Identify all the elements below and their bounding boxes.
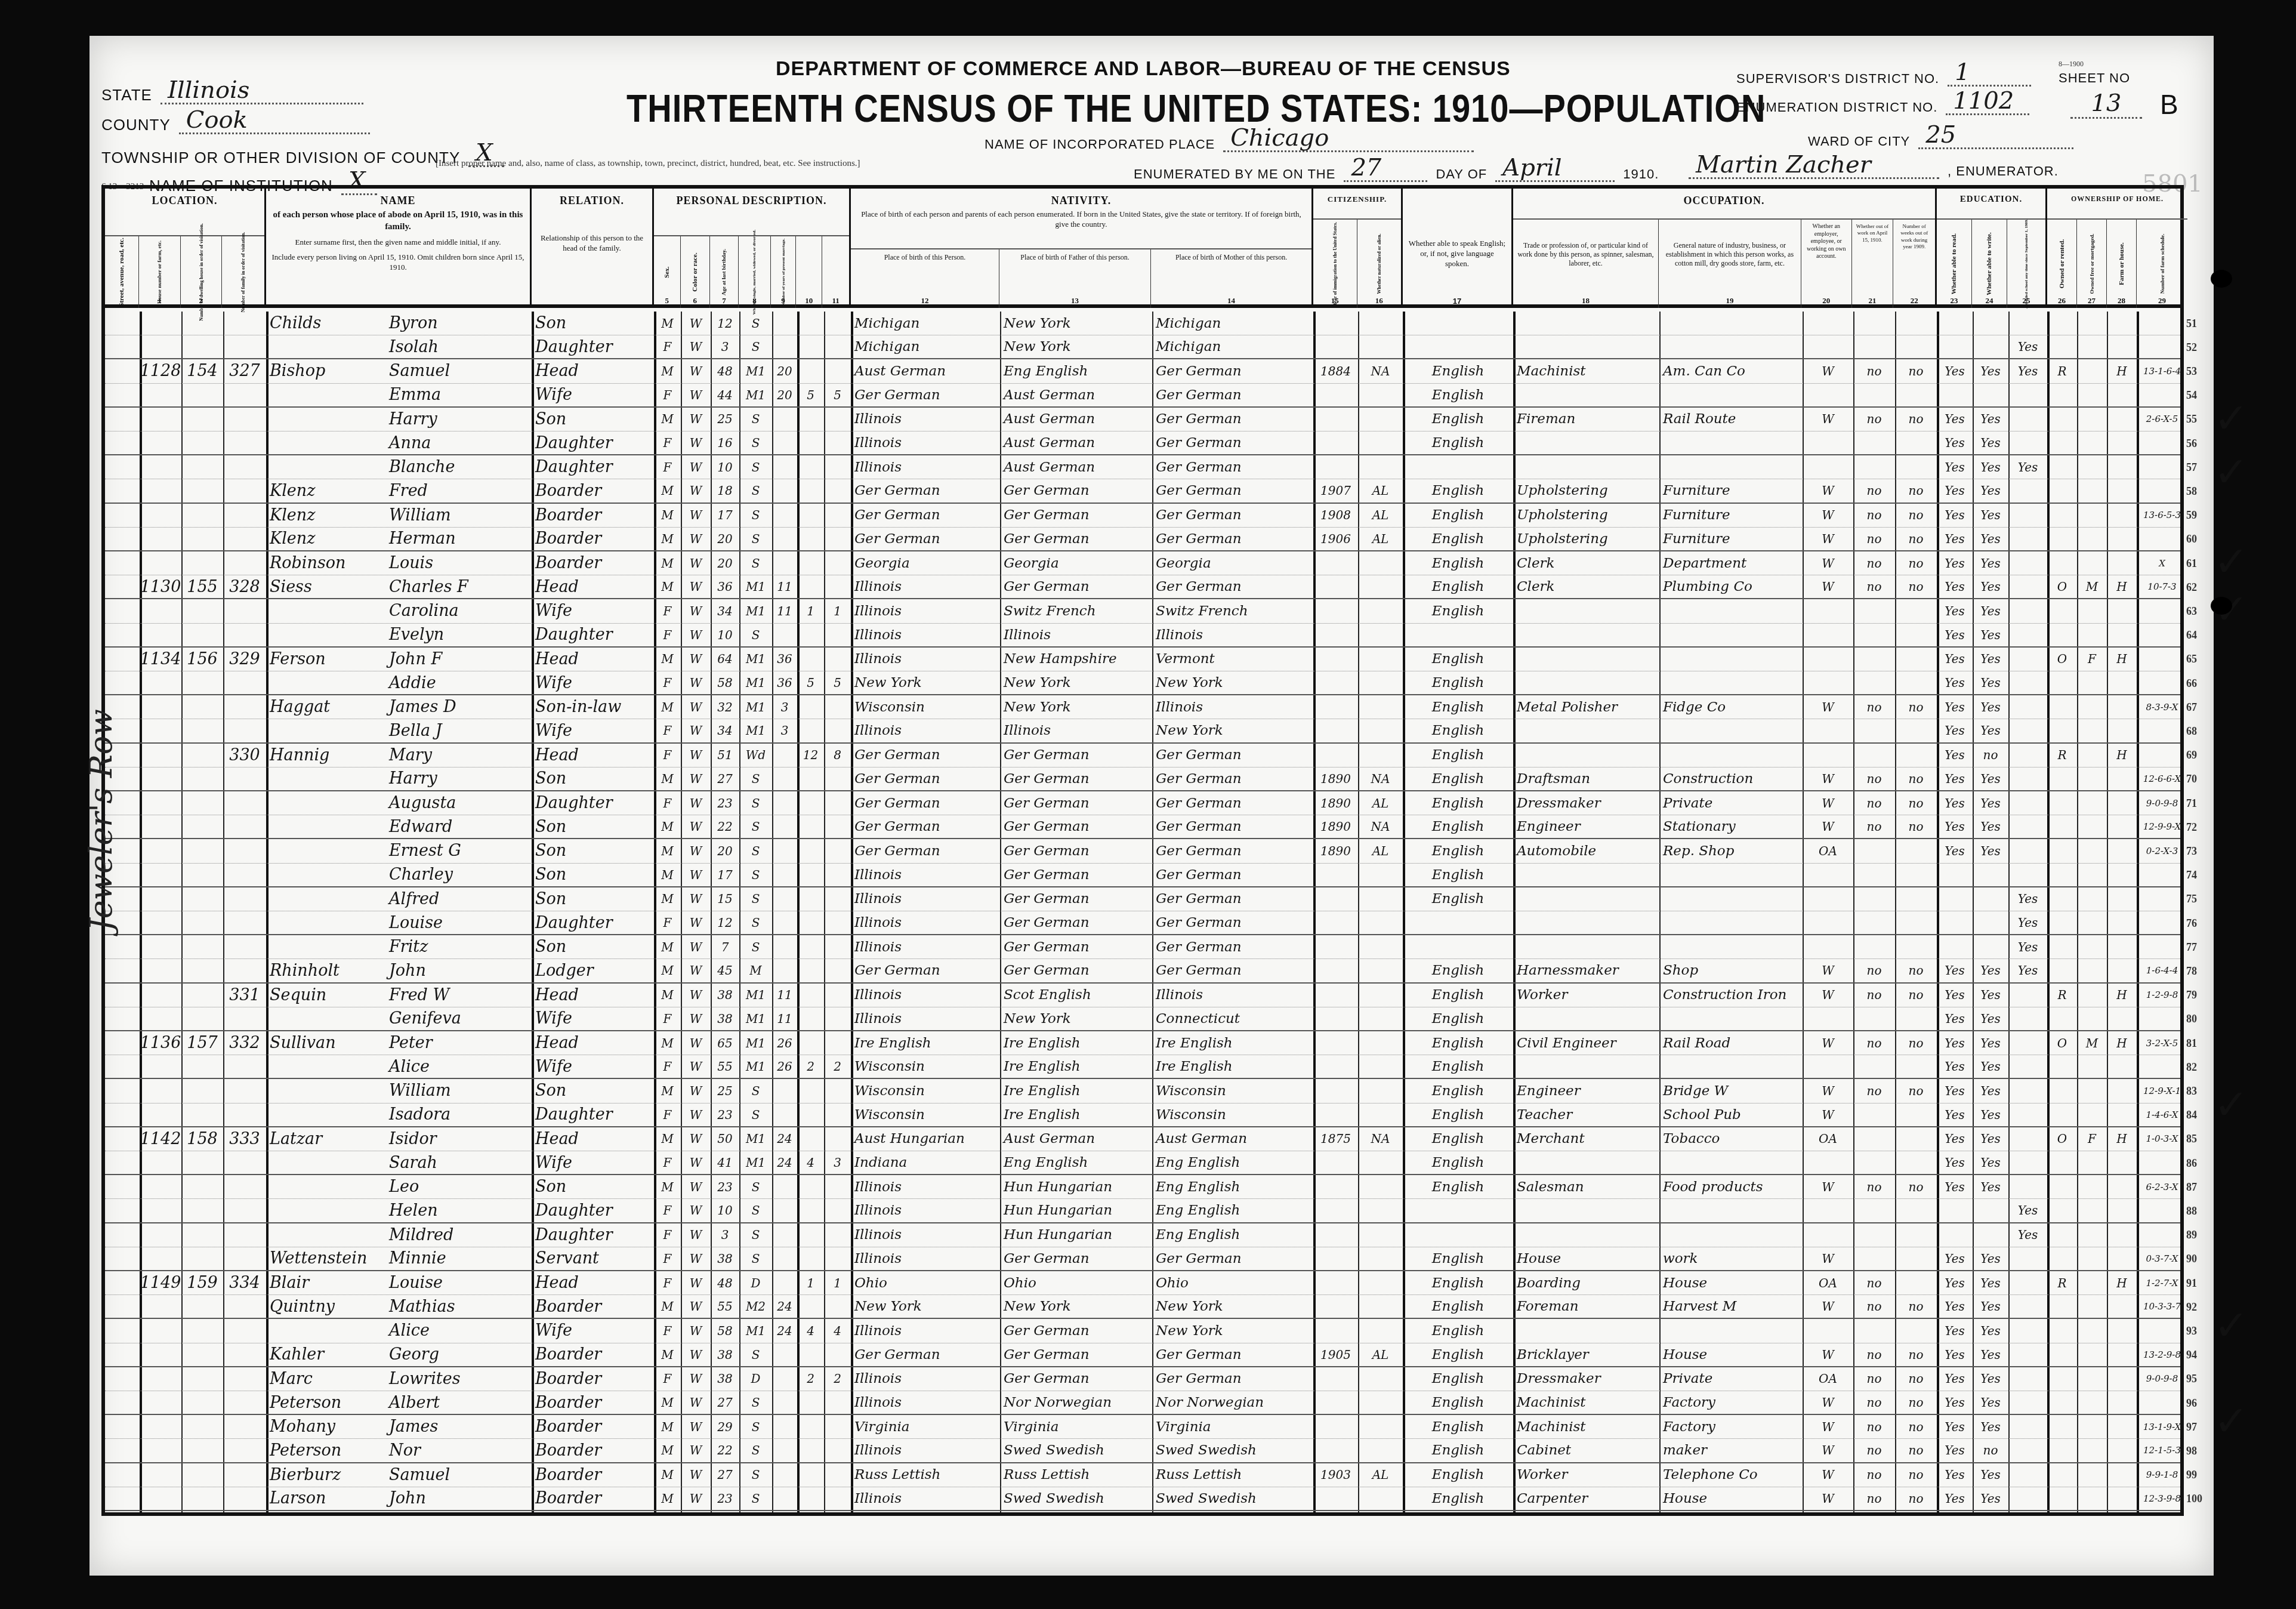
cell-relation: Wife <box>532 384 654 406</box>
cell-emp <box>1803 719 1853 742</box>
cell-family <box>223 599 266 622</box>
cell-free <box>2077 984 2107 1007</box>
cell-school <box>2008 504 2047 527</box>
cell-family <box>223 504 266 527</box>
cell-nat <box>1358 1367 1403 1391</box>
cell-given: Leo <box>385 1175 532 1198</box>
cell-given: William <box>385 504 532 527</box>
cell-house <box>140 1367 181 1391</box>
cell-wks22 <box>1895 1247 1937 1270</box>
cell-sched <box>2137 1391 2187 1414</box>
cell-sched: 1-2-7-X <box>2137 1271 2187 1294</box>
cell-age: 44 <box>711 384 739 406</box>
cell-marital: D <box>739 1271 772 1294</box>
cell-read: Yes <box>1937 767 1973 790</box>
cell-immig <box>1313 575 1358 598</box>
cell-yrs-married: 20 <box>772 384 797 406</box>
table-row: LouiseDaughterFW12SIllinoisGer GermanGer… <box>105 911 2180 935</box>
cell-race: W <box>681 648 711 671</box>
cell-house <box>140 1415 181 1438</box>
cell-write: Yes <box>1973 1367 2008 1391</box>
cell-emp <box>1803 384 1853 406</box>
cell-write: Yes <box>1973 624 2008 646</box>
cell-write <box>1973 935 2008 958</box>
supervisor-value: 1 <box>1948 60 2031 87</box>
cell-write: Yes <box>1973 1031 2008 1055</box>
cell-out21: no <box>1853 504 1895 527</box>
cell-house <box>140 959 181 982</box>
cell-marital: S <box>739 839 772 862</box>
cell-trade <box>1513 744 1659 767</box>
check-mark-icon: ✓ <box>2214 537 2249 586</box>
cell-write: Yes <box>1973 1127 2008 1151</box>
cell-surname: Rhinholt <box>266 959 385 982</box>
cell-father-bp: Aust German <box>1000 455 1152 479</box>
cell-father-bp: Ire English <box>1000 1079 1152 1102</box>
cell-mother-bp: Swed Swedish <box>1152 1439 1313 1462</box>
cell-fh <box>2107 384 2137 406</box>
cell-trade: Civil Engineer <box>1513 1031 1659 1055</box>
table-row: 1134156329FersonJohn FHeadMW64M136Illino… <box>105 648 2180 671</box>
cell-given: Albert <box>385 1391 532 1414</box>
cell-race: W <box>681 1295 711 1318</box>
cell-given: Blanche <box>385 455 532 479</box>
cell-marital: S <box>739 1487 772 1510</box>
cell-family <box>223 695 266 719</box>
cell-surname: Peterson <box>266 1439 385 1462</box>
cell-write <box>1973 911 2008 934</box>
cell-yrs-married <box>772 1271 797 1294</box>
cell-born <box>797 504 824 527</box>
cell-english: English <box>1403 1247 1513 1270</box>
cell-relation: Head <box>532 1127 654 1151</box>
cell-born <box>797 1199 824 1222</box>
cell-given: Alice <box>385 1319 532 1342</box>
group-citizenship: CITIZENSHIP. Year of immigration to the … <box>1313 189 1403 308</box>
cell-surname <box>266 791 385 815</box>
line-number: 71 <box>2186 791 2197 815</box>
cell-sex: F <box>654 791 681 815</box>
cell-school <box>2008 1007 2047 1030</box>
cell-surname: Marc <box>266 1367 385 1391</box>
cell-dwelling <box>181 815 223 838</box>
cell-industry: Rep. Shop <box>1659 839 1803 862</box>
cell-own <box>2047 1175 2077 1198</box>
cell-birthplace: Illinois <box>851 887 1000 911</box>
cell-surname <box>266 431 385 454</box>
cell-free <box>2077 1439 2107 1462</box>
cell-industry: Tobacco <box>1659 1127 1803 1151</box>
cell-wks22 <box>1895 455 1937 479</box>
cell-marital: S <box>739 935 772 958</box>
line-number: 65 <box>2186 648 2197 671</box>
cell-house <box>140 935 181 958</box>
cell-free <box>2077 624 2107 646</box>
cell-mother-bp: Ger German <box>1152 384 1313 406</box>
cell-out21: no <box>1853 767 1895 790</box>
cell-living <box>824 359 851 383</box>
cell-wks22 <box>1895 719 1937 742</box>
col-school: Attended school any time since September… <box>2007 220 2045 308</box>
cell-trade <box>1513 719 1659 742</box>
cell-free <box>2077 479 2107 502</box>
cell-dwelling <box>181 791 223 815</box>
cell-relation: Son <box>532 864 654 886</box>
cell-out21 <box>1853 431 1895 454</box>
cell-relation: Wife <box>532 671 654 694</box>
line-number: 58 <box>2186 479 2197 503</box>
cell-fh <box>2107 1104 2137 1126</box>
cell-age: 38 <box>711 984 739 1007</box>
table-row: ChildsByronSonMW12SMichiganNew YorkMichi… <box>105 312 2180 335</box>
cell-birthplace: Ger German <box>851 959 1000 982</box>
cell-fh <box>2107 1343 2137 1366</box>
cell-yrs-married: 26 <box>772 1055 797 1078</box>
cell-house: 1128 <box>140 359 181 383</box>
cell-english: English <box>1403 864 1513 886</box>
cell-wks22: no <box>1895 359 1937 383</box>
cell-mother-bp: New York <box>1152 671 1313 694</box>
cell-sched: 12-9-9-X <box>2137 815 2187 838</box>
cell-yrs-married <box>772 1199 797 1222</box>
cell-sex: M <box>654 648 681 671</box>
cell-mother-bp: Illinois <box>1152 984 1313 1007</box>
cell-own: O <box>2047 1127 2077 1151</box>
cell-relation: Son <box>532 839 654 862</box>
cell-emp <box>1803 911 1853 934</box>
cell-house <box>140 455 181 479</box>
cell-mother-bp: Wisconsin <box>1152 1104 1313 1126</box>
cell-race: W <box>681 599 711 622</box>
cell-own <box>2047 1151 2077 1174</box>
cell-immig <box>1313 1151 1358 1174</box>
ward-field: WARD OF CITY 25 <box>1808 122 2073 149</box>
enumerated-day: 27 <box>1344 155 1427 182</box>
cell-trade <box>1513 864 1659 886</box>
cell-mother-bp: Illinois <box>1152 695 1313 719</box>
cell-house: 1134 <box>140 648 181 671</box>
cell-out21: no <box>1853 1463 1895 1487</box>
cell-trade: Boarding <box>1513 1271 1659 1294</box>
cell-industry: Rail Route <box>1659 408 1803 431</box>
cell-write: Yes <box>1973 431 2008 454</box>
cell-trade: Machinist <box>1513 359 1659 383</box>
cell-father-bp: Aust German <box>1000 384 1152 406</box>
cell-english: English <box>1403 1271 1513 1294</box>
cell-industry <box>1659 1151 1803 1174</box>
cell-living <box>824 767 851 790</box>
cell-father-bp: New York <box>1000 1295 1152 1318</box>
cell-yrs-married <box>772 1079 797 1102</box>
cell-sched <box>2137 1007 2187 1030</box>
cell-immig <box>1313 864 1358 886</box>
cell-family <box>223 1104 266 1126</box>
cell-nat <box>1358 1415 1403 1438</box>
cell-fh <box>2107 1223 2137 1247</box>
cell-dwelling <box>181 719 223 742</box>
cell-living <box>824 1391 851 1414</box>
cell-read: Yes <box>1937 1487 1973 1510</box>
cell-marital: Wd <box>739 744 772 767</box>
cell-surname <box>266 864 385 886</box>
cell-out21 <box>1853 1055 1895 1078</box>
cell-race: W <box>681 1367 711 1391</box>
cell-nat: NA <box>1358 767 1403 790</box>
cell-family: 330 <box>223 744 266 767</box>
cell-free <box>2077 504 2107 527</box>
cell-sex: M <box>654 695 681 719</box>
cell-given: Alice <box>385 1055 532 1078</box>
col-street: Street, avenue, road, etc. <box>105 236 139 308</box>
cell-nat <box>1358 864 1403 886</box>
cell-living <box>824 624 851 646</box>
cell-sex: F <box>654 1104 681 1126</box>
cell-dwelling <box>181 1415 223 1438</box>
cell-father-bp: Ger German <box>1000 767 1152 790</box>
cell-industry <box>1659 1223 1803 1247</box>
cell-nat: AL <box>1358 839 1403 862</box>
line-number: 75 <box>2186 887 2197 911</box>
line-number: 92 <box>2186 1295 2197 1319</box>
cell-own <box>2047 815 2077 838</box>
cell-marital: S <box>739 335 772 358</box>
cell-yrs-married <box>772 911 797 934</box>
cell-age: 38 <box>711 1247 739 1270</box>
cell-fh <box>2107 767 2137 790</box>
cell-sched: 13-2-9-8 <box>2137 1343 2187 1366</box>
cell-yrs-married: 11 <box>772 599 797 622</box>
cell-mother-bp: Ger German <box>1152 744 1313 767</box>
line-number: 61 <box>2186 551 2197 575</box>
cell-father-bp: New York <box>1000 1007 1152 1030</box>
line-number: 81 <box>2186 1031 2197 1055</box>
cell-free <box>2077 1055 2107 1078</box>
cell-wks22 <box>1895 1055 1937 1078</box>
cell-read: Yes <box>1937 408 1973 431</box>
cell-immig <box>1313 1367 1358 1391</box>
cell-write: Yes <box>1973 695 2008 719</box>
cell-living <box>824 455 851 479</box>
line-number: 78 <box>2186 959 2197 983</box>
cell-english <box>1403 1199 1513 1222</box>
cell-read: Yes <box>1937 504 1973 527</box>
cell-wks22 <box>1895 1319 1937 1342</box>
cell-given: Ernest G <box>385 839 532 862</box>
cell-surname <box>266 815 385 838</box>
cell-sex: F <box>654 624 681 646</box>
cell-born <box>797 1487 824 1510</box>
cell-yrs-married <box>772 1223 797 1247</box>
cell-immig <box>1313 455 1358 479</box>
cell-emp <box>1803 1223 1853 1247</box>
cell-marital: M1 <box>739 1031 772 1055</box>
cell-living <box>824 312 851 335</box>
cell-wks22 <box>1895 911 1937 934</box>
cell-age: 20 <box>711 551 739 575</box>
cell-living <box>824 575 851 598</box>
cell-write: Yes <box>1973 504 2008 527</box>
cell-own <box>2047 384 2077 406</box>
cell-trade: Clerk <box>1513 575 1659 598</box>
cell-house <box>140 408 181 431</box>
cell-wks22: no <box>1895 1079 1937 1102</box>
cell-nat <box>1358 1223 1403 1247</box>
cell-marital: S <box>739 864 772 886</box>
cell-read: Yes <box>1937 1247 1973 1270</box>
table-row: KlenzHermanBoarderMW20SGer GermanGer Ger… <box>105 528 2180 551</box>
cell-write: no <box>1973 744 2008 767</box>
cell-yrs-married: 11 <box>772 575 797 598</box>
cell-school: Yes <box>2008 935 2047 958</box>
cell-surname <box>266 384 385 406</box>
cell-dwelling <box>181 1439 223 1462</box>
cell-living <box>824 1439 851 1462</box>
cell-fh <box>2107 408 2137 431</box>
cell-industry <box>1659 455 1803 479</box>
cell-nat <box>1358 935 1403 958</box>
cell-dwelling <box>181 1223 223 1247</box>
cell-race: W <box>681 1223 711 1247</box>
state-field: STATE Illinois <box>101 78 363 104</box>
cell-birthplace: Illinois <box>851 1439 1000 1462</box>
cell-trade <box>1513 1007 1659 1030</box>
cell-trade: Cabinet <box>1513 1439 1659 1462</box>
cell-mother-bp: Ger German <box>1152 455 1313 479</box>
cell-out21 <box>1853 1104 1895 1126</box>
cell-race: W <box>681 408 711 431</box>
cell-immig <box>1313 887 1358 911</box>
cell-dwelling <box>181 455 223 479</box>
cell-age: 45 <box>711 959 739 982</box>
cell-free <box>2077 1391 2107 1414</box>
cell-marital: S <box>739 767 772 790</box>
cell-marital: M1 <box>739 1319 772 1342</box>
cell-marital: M1 <box>739 671 772 694</box>
cell-wks22 <box>1895 431 1937 454</box>
cell-wks22 <box>1895 744 1937 767</box>
cell-wks22: no <box>1895 575 1937 598</box>
cell-out21: no <box>1853 1391 1895 1414</box>
cell-age: 17 <box>711 864 739 886</box>
cell-out21: no <box>1853 479 1895 502</box>
cell-write: Yes <box>1973 1007 2008 1030</box>
line-number: 67 <box>2186 695 2197 719</box>
cell-out21 <box>1853 935 1895 958</box>
cell-surname <box>266 1079 385 1102</box>
table-row: SarahWifeFW41M12443IndianaEng EnglishEng… <box>105 1151 2180 1175</box>
cell-fh <box>2107 911 2137 934</box>
cell-living: 2 <box>824 1055 851 1078</box>
cell-mother-bp: Ger German <box>1152 791 1313 815</box>
cell-mother-bp: Ger German <box>1152 767 1313 790</box>
cell-dwelling <box>181 671 223 694</box>
cell-immig <box>1313 1415 1358 1438</box>
cell-marital: M1 <box>739 984 772 1007</box>
cell-read: Yes <box>1937 1463 1973 1487</box>
cell-yrs-married <box>772 431 797 454</box>
cell-father-bp: Scot English <box>1000 984 1152 1007</box>
cell-birthplace: Ire English <box>851 1031 1000 1055</box>
cell-age: 48 <box>711 359 739 383</box>
cell-age: 15 <box>711 887 739 911</box>
cell-wks22: no <box>1895 1391 1937 1414</box>
cell-father-bp: Aust German <box>1000 431 1152 454</box>
cell-wks22: no <box>1895 528 1937 550</box>
cell-born <box>797 791 824 815</box>
cell-nat: AL <box>1358 479 1403 502</box>
cell-sched: 1-0-3-X <box>2137 1127 2187 1151</box>
enumerated-month: April <box>1495 155 1615 182</box>
cell-read: Yes <box>1937 1031 1973 1055</box>
cell-emp <box>1803 624 1853 646</box>
cell-out21: no <box>1853 1295 1895 1318</box>
cell-sched: 0-3-7-X <box>2137 1247 2187 1270</box>
cell-house <box>140 864 181 886</box>
cell-own <box>2047 335 2077 358</box>
cell-english: English <box>1403 504 1513 527</box>
cell-trade: Fireman <box>1513 408 1659 431</box>
cell-industry: maker <box>1659 1439 1803 1462</box>
col-children-born: 10 <box>796 236 823 308</box>
cell-birthplace: Illinois <box>851 599 1000 622</box>
cell-family <box>223 408 266 431</box>
cell-out21 <box>1853 384 1895 406</box>
cell-out21 <box>1853 648 1895 671</box>
cell-birthplace: Ger German <box>851 1343 1000 1366</box>
cell-given: Fritz <box>385 935 532 958</box>
cell-sched: 3-2-X-5 <box>2137 1031 2187 1055</box>
cell-relation: Boarder <box>532 479 654 502</box>
cell-house <box>140 312 181 335</box>
cell-write: Yes <box>1973 767 2008 790</box>
cell-mother-bp: Michigan <box>1152 312 1313 335</box>
cell-sex: M <box>654 767 681 790</box>
cell-read <box>1937 1223 1973 1247</box>
cell-relation: Wife <box>532 1055 654 1078</box>
table-row: GenifevaWifeFW38M111IllinoisNew YorkConn… <box>105 1007 2180 1031</box>
cell-surname <box>266 887 385 911</box>
cell-yrs-married <box>772 1391 797 1414</box>
cell-living <box>824 864 851 886</box>
cell-free <box>2077 408 2107 431</box>
cell-dwelling <box>181 504 223 527</box>
cell-read: Yes <box>1937 1343 1973 1366</box>
cell-surname <box>266 719 385 742</box>
cell-father-bp: Aust German <box>1000 408 1152 431</box>
table-row: EmmaWifeFW44M12055Ger GermanAust GermanG… <box>105 384 2180 408</box>
cell-dwelling: 157 <box>181 1031 223 1055</box>
cell-wks22 <box>1895 648 1937 671</box>
cell-wks22: no <box>1895 1415 1937 1438</box>
ward-value: 25 <box>1918 122 2073 149</box>
table-row: PetersonAlbertBoarderMW27SIllinoisNor No… <box>105 1391 2180 1415</box>
group-occupation-title: OCCUPATION. <box>1513 189 1935 207</box>
col-birthplace: Place of birth of this Person.12 <box>851 249 999 308</box>
cell-relation: Daughter <box>532 1104 654 1126</box>
cell-father-bp: Switz French <box>1000 599 1152 622</box>
cell-sched <box>2137 1055 2187 1078</box>
ed-label: ENUMERATION DISTRICT NO. <box>1736 100 1937 115</box>
cell-father-bp: Russ Lettish <box>1000 1463 1152 1487</box>
cell-dwelling <box>181 984 223 1007</box>
cell-write: Yes <box>1973 791 2008 815</box>
cell-living <box>824 1223 851 1247</box>
cell-sched <box>2137 624 2187 646</box>
cell-sched <box>2137 1151 2187 1174</box>
cell-born <box>797 1127 824 1151</box>
group-location-title: LOCATION. <box>105 189 264 207</box>
cell-sex: F <box>654 455 681 479</box>
